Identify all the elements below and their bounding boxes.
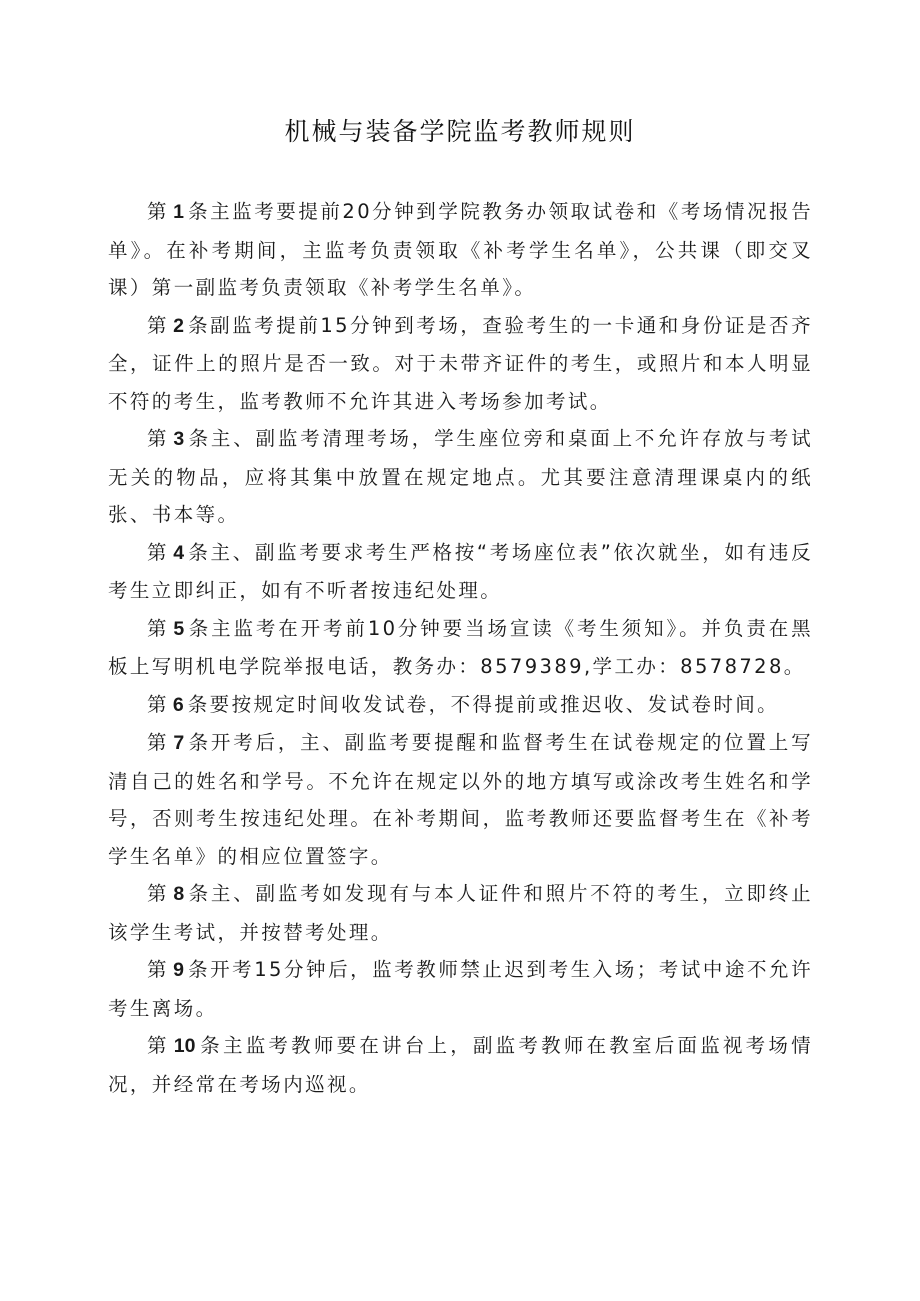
article-text: 条副监考提前15分钟到考场，查验考生的一卡通和身份证是否齐全，证件上的照片是否一… xyxy=(108,314,813,413)
article-number: 2 xyxy=(173,315,184,337)
article-number: 6 xyxy=(173,694,184,716)
article-5: 第5条主监考在开考前10分钟要当场宣读《考生须知》。并负责在黑板上写明机电学院举… xyxy=(108,610,813,686)
article-text: 条主、副监考如发现有与本人证件和照片不符的考生，立即终止该学生考试，并按替考处理… xyxy=(108,882,813,944)
article-number: 8 xyxy=(173,883,184,905)
article-number: 3 xyxy=(173,428,184,450)
article-text: 条主监考教师要在讲台上，副监考教师在教室后面监视考场情况，并经常在考场内巡视。 xyxy=(108,1034,813,1096)
article-9: 第9条开考15分钟后，监考教师禁止迟到考生入场；考试中途不允许考生离场。 xyxy=(108,951,813,1027)
article-2: 第2条副监考提前15分钟到考场，查验考生的一卡通和身份证是否齐全，证件上的照片是… xyxy=(108,307,813,421)
article-prefix: 第 xyxy=(147,882,169,905)
article-3: 第3条主、副监考清理考场，学生座位旁和桌面上不允许存放与考试无关的物品，应将其集… xyxy=(108,420,813,534)
article-prefix: 第 xyxy=(147,200,169,223)
article-number: 4 xyxy=(173,542,184,564)
document-title: 机械与装备学院监考教师规则 xyxy=(0,112,920,148)
document-page: 机械与装备学院监考教师规则 第1条主监考要提前20分钟到学院教务办领取试卷和《考… xyxy=(0,0,920,1301)
article-number: 5 xyxy=(173,618,184,640)
article-10: 第10条主监考教师要在讲台上，副监考教师在教室后面监视考场情况，并经常在考场内巡… xyxy=(108,1027,813,1103)
article-8: 第8条主、副监考如发现有与本人证件和照片不符的考生，立即终止该学生考试，并按替考… xyxy=(108,875,813,951)
article-prefix: 第 xyxy=(147,1034,170,1057)
article-text: 条主、副监考清理考场，学生座位旁和桌面上不允许存放与考试无关的物品，应将其集中放… xyxy=(108,427,813,526)
article-prefix: 第 xyxy=(147,617,169,640)
article-number: 9 xyxy=(173,959,184,981)
article-prefix: 第 xyxy=(147,541,169,564)
document-body: 第1条主监考要提前20分钟到学院教务办领取试卷和《考场情况报告单》。在补考期间，… xyxy=(108,193,813,1103)
article-prefix: 第 xyxy=(147,731,169,754)
article-text: 条要按规定时间收发试卷，不得提前或推迟收、发试卷时间。 xyxy=(188,693,779,716)
article-prefix: 第 xyxy=(147,314,169,337)
article-text: 条主监考在开考前10分钟要当场宣读《考生须知》。并负责在黑板上写明机电学院举报电… xyxy=(108,617,813,679)
article-text: 条主监考要提前20分钟到学院教务办领取试卷和《考场情况报告单》。在补考期间，主监… xyxy=(108,200,813,299)
article-number: 10 xyxy=(174,1035,196,1057)
article-number: 1 xyxy=(173,201,184,223)
article-1: 第1条主监考要提前20分钟到学院教务办领取试卷和《考场情况报告单》。在补考期间，… xyxy=(108,193,813,307)
article-text: 条开考后，主、副监考要提醒和监督考生在试卷规定的位置上写清自己的姓名和学号。不允… xyxy=(108,731,813,868)
article-prefix: 第 xyxy=(147,427,169,450)
article-prefix: 第 xyxy=(147,958,169,981)
article-text: 条开考15分钟后，监考教师禁止迟到考生入场；考试中途不允许考生离场。 xyxy=(108,958,813,1020)
article-number: 7 xyxy=(173,732,184,754)
article-7: 第7条开考后，主、副监考要提醒和监督考生在试卷规定的位置上写清自己的姓名和学号。… xyxy=(108,724,813,875)
article-prefix: 第 xyxy=(147,693,169,716)
article-text: 条主、副监考要求考生严格按“考场座位表”依次就坐，如有违反考生立即纠正，如有不听… xyxy=(108,541,813,603)
article-4: 第4条主、副监考要求考生严格按“考场座位表”依次就坐，如有违反考生立即纠正，如有… xyxy=(108,534,813,610)
article-6: 第6条要按规定时间收发试卷，不得提前或推迟收、发试卷时间。 xyxy=(108,686,813,725)
